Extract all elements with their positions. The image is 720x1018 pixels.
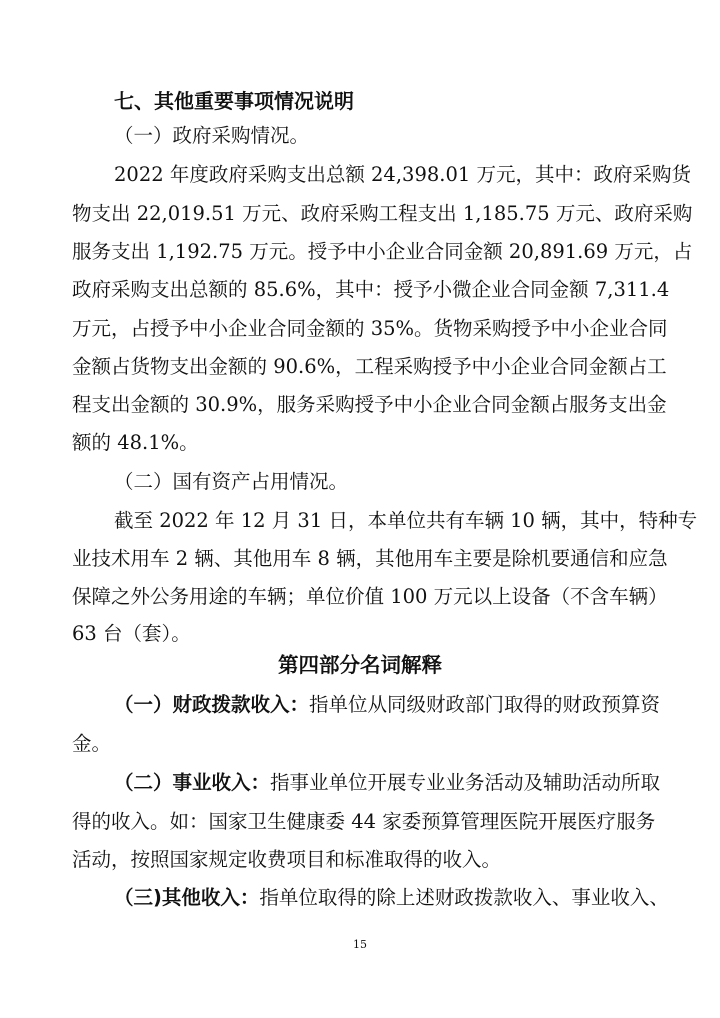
paragraph-line: 物支出 22,019.51 万元、政府采购工程支出 1,185.75 万元、政府… xyxy=(72,202,652,226)
page-number: 15 xyxy=(0,938,720,952)
paragraph-line: 得的收入。如：国家卫生健康委 44 家委预算管理医院开展医疗服务 xyxy=(72,810,652,834)
definition-fiscal-appropriation: （一）财政拨款收入：指单位从同级财政部门取得的财政预算资 xyxy=(114,693,652,717)
definition-text: 指单位取得的除上述财政拨款收入、事业收入、 xyxy=(259,886,669,909)
paragraph-line: 金额占货物支出金额的 90.6%，工程采购授予中小企业合同金额占工 xyxy=(72,355,652,379)
paragraph-line: 额的 48.1%。 xyxy=(72,431,652,455)
paragraph-line: 服务支出 1,192.75 万元。授予中小企业合同金额 20,891.69 万元… xyxy=(72,240,652,264)
definition-term: （三)其他收入： xyxy=(114,886,259,909)
definition-other-income: （三)其他收入：指单位取得的除上述财政拨款收入、事业收入、 xyxy=(114,886,652,910)
subheading-government-procurement: （一）政府采购情况。 xyxy=(114,124,652,148)
definition-text: 指事业单位开展专业业务活动及辅助活动所取 xyxy=(270,771,660,794)
definition-term: （一）财政拨款收入： xyxy=(114,693,309,716)
document-page: 七、其他重要事项情况说明 （一）政府采购情况。 2022 年度政府采购支出总额 … xyxy=(0,0,720,1018)
paragraph-line: 截至 2022 年 12 月 31 日，本单位共有车辆 10 辆，其中，特种专 xyxy=(114,509,652,533)
part4-heading: 第四部分名词解释 xyxy=(0,652,720,678)
definition-term: （二）事业收入： xyxy=(114,771,270,794)
definition-text: 指单位从同级财政部门取得的财政预算资 xyxy=(309,693,660,716)
definition-business-income: （二）事业收入：指事业单位开展专业业务活动及辅助活动所取 xyxy=(114,771,652,795)
paragraph-line: 万元，占授予中小企业合同金额的 35%。货物采购授予中小企业合同 xyxy=(72,317,652,341)
paragraph-line: 63 台（套）。 xyxy=(72,622,652,646)
section-heading-other-matters: 七、其他重要事项情况说明 xyxy=(114,88,354,114)
paragraph-line: 业技术用车 2 辆、其他用车 8 辆，其他用车主要是除机要通信和应急 xyxy=(72,547,652,571)
paragraph-line: 政府采购支出总额的 85.6%，其中：授予小微企业合同金额 7,311.4 xyxy=(72,278,652,302)
paragraph-line: 程支出金额的 30.9%，服务采购授予中小企业合同金额占服务支出金 xyxy=(72,393,652,417)
paragraph-line: 2022 年度政府采购支出总额 24,398.01 万元，其中：政府采购货 xyxy=(114,163,652,187)
paragraph-line: 金。 xyxy=(72,732,652,756)
paragraph-line: 活动，按照国家规定收费项目和标准取得的收入。 xyxy=(72,848,652,872)
subheading-state-assets: （二）国有资产占用情况。 xyxy=(114,470,652,494)
paragraph-line: 保障之外公务用途的车辆；单位价值 100 万元以上设备（不含车辆） xyxy=(72,585,652,609)
